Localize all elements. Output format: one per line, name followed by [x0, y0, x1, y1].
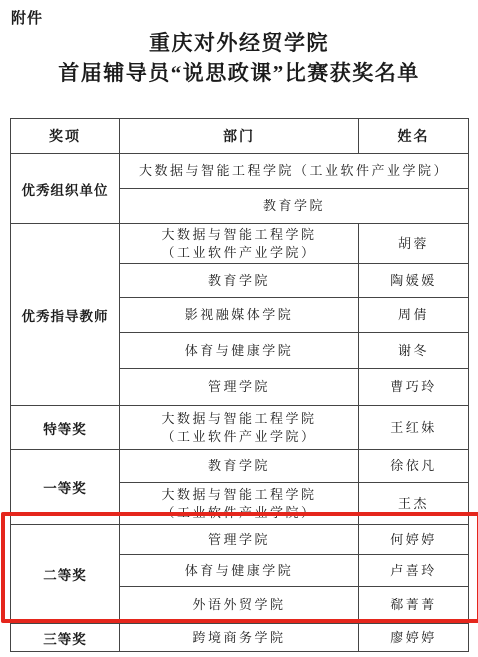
attachment-label: 附件: [11, 7, 43, 28]
department-cell: 影视融媒体学院: [120, 298, 359, 333]
department-cell: 外语外贸学院: [120, 587, 359, 624]
department-cell: 体育与健康学院: [120, 333, 359, 369]
header-award: 奖项: [11, 119, 120, 154]
awards-table: 奖项 部门 姓名 优秀组织单位大数据与智能工程学院（工业软件产业学院）教育学院优…: [10, 118, 469, 652]
name-cell: 徐依凡: [359, 450, 469, 483]
document-title-line1: 重庆对外经贸学院: [0, 27, 478, 57]
award-cell: 三等奖: [11, 624, 120, 652]
department-cell: 教育学院: [120, 189, 469, 224]
document-title-line2: 首届辅导员“说思政课”比赛获奖名单: [0, 57, 478, 87]
department-cell: 体育与健康学院: [120, 555, 359, 587]
department-cell: 教育学院: [120, 264, 359, 298]
award-cell: 特等奖: [11, 406, 120, 450]
department-cell: 大数据与智能工程学院 （工业软件产业学院）: [120, 224, 359, 264]
name-cell: 何婷婷: [359, 525, 469, 555]
award-cell: 二等奖: [11, 525, 120, 624]
department-cell: 大数据与智能工程学院 （工业软件产业学院）: [120, 406, 359, 450]
table-row: 优秀组织单位大数据与智能工程学院（工业软件产业学院）: [11, 154, 469, 189]
award-cell: 优秀组织单位: [11, 154, 120, 224]
department-cell: 大数据与智能工程学院（工业软件产业学院）: [120, 154, 469, 189]
department-cell: 跨境商务学院: [120, 624, 359, 652]
table-row: 一等奖教育学院徐依凡: [11, 450, 469, 483]
award-cell: 优秀指导教师: [11, 224, 120, 406]
name-cell: 廖婷婷: [359, 624, 469, 652]
name-cell: 王红妹: [359, 406, 469, 450]
department-cell: 教育学院: [120, 450, 359, 483]
department-cell: 大数据与智能工程学院 （工业软件产业学院）: [120, 483, 359, 525]
name-cell: 谢冬: [359, 333, 469, 369]
name-cell: 卢喜玲: [359, 555, 469, 587]
table-row: 优秀指导教师大数据与智能工程学院 （工业软件产业学院）胡蓉: [11, 224, 469, 264]
header-name: 姓名: [359, 119, 469, 154]
table-row: 三等奖跨境商务学院廖婷婷: [11, 624, 469, 652]
award-cell: 一等奖: [11, 450, 120, 525]
table-header-row: 奖项 部门 姓名: [11, 119, 469, 154]
department-cell: 管理学院: [120, 369, 359, 406]
name-cell: 陶媛媛: [359, 264, 469, 298]
header-department: 部门: [120, 119, 359, 154]
name-cell: 胡蓉: [359, 224, 469, 264]
name-cell: 周倩: [359, 298, 469, 333]
name-cell: 郗菁菁: [359, 587, 469, 624]
name-cell: 曹巧玲: [359, 369, 469, 406]
department-cell: 管理学院: [120, 525, 359, 555]
name-cell: 王杰: [359, 483, 469, 525]
table-row: 二等奖管理学院何婷婷: [11, 525, 469, 555]
table-row: 特等奖大数据与智能工程学院 （工业软件产业学院）王红妹: [11, 406, 469, 450]
